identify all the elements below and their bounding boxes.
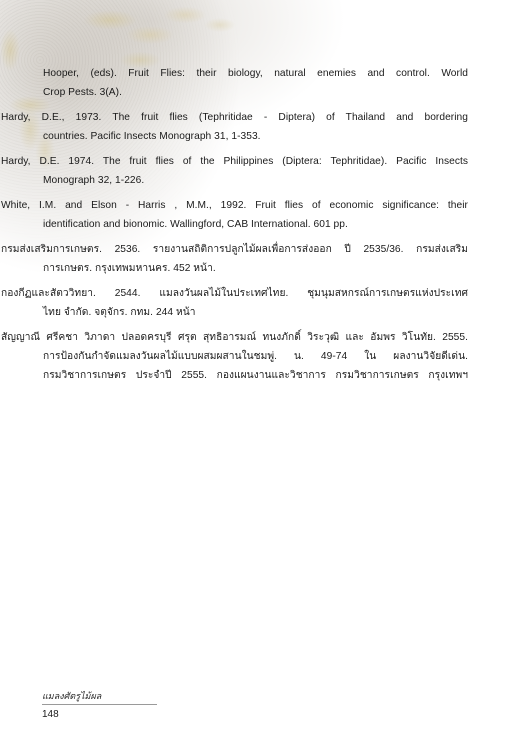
reference-entry-hooper-continued: Hooper, (eds). Fruit Flies: their biolog… bbox=[43, 64, 468, 102]
reference-entry-hardy-1974: Hardy, D.E. 1974. The fruit flies of the… bbox=[43, 152, 468, 190]
reference-line: Hardy, D.E. 1974. The fruit flies of the… bbox=[43, 152, 468, 171]
footer-divider bbox=[42, 704, 157, 705]
reference-line: Monograph 32, 1-226. bbox=[85, 171, 468, 190]
reference-line: สัญญาณี ศรีคชา วิภาดา ปลอดครบุรี ศรุต สุ… bbox=[43, 328, 468, 347]
reference-line: การเกษตร. กรุงเทพมหานคร. 452 หน้า. bbox=[85, 259, 468, 278]
reference-entry-doae-2536: กรมส่งเสริมการเกษตร. 2536. รายงานสถิติกา… bbox=[43, 240, 468, 278]
reference-line: ไทย จำกัด. จตุจักร. กทม. 244 หน้า bbox=[85, 303, 468, 322]
page-number: 148 bbox=[42, 709, 157, 720]
reference-entry-entomology-2544: กองกีฏและสัตววิทยา. 2544. แมลงวันผลไม้ใน… bbox=[43, 284, 468, 322]
running-title: แมลงศัตรูไม้ผล bbox=[42, 690, 157, 704]
reference-line: White, I.M. and Elson - Harris , M.M., 1… bbox=[43, 196, 468, 215]
reference-entry-sanyanee-2555: สัญญาณี ศรีคชา วิภาดา ปลอดครบุรี ศรุต สุ… bbox=[43, 328, 468, 385]
reference-entry-hardy-1973: Hardy, D.E., 1973. The fruit flies (Teph… bbox=[43, 108, 468, 146]
reference-line: Crop Pests. 3(A). bbox=[85, 83, 468, 102]
reference-line: กรมส่งเสริมการเกษตร. 2536. รายงานสถิติกา… bbox=[43, 240, 468, 259]
reference-line: Hooper, (eds). Fruit Flies: their biolog… bbox=[85, 64, 468, 83]
reference-entry-white-1992: White, I.M. and Elson - Harris , M.M., 1… bbox=[43, 196, 468, 234]
reference-line: countries. Pacific Insects Monograph 31,… bbox=[85, 127, 468, 146]
page-footer: แมลงศัตรูไม้ผล 148 bbox=[42, 690, 157, 720]
reference-line: Hardy, D.E., 1973. The fruit flies (Teph… bbox=[43, 108, 468, 127]
reference-line: identification and bionomic. Wallingford… bbox=[85, 215, 468, 234]
reference-list: Hooper, (eds). Fruit Flies: their biolog… bbox=[43, 64, 468, 391]
reference-line: กรมวิชาการเกษตร ประจำปี 2555. กองแผนงานแ… bbox=[85, 366, 468, 385]
reference-line: กองกีฏและสัตววิทยา. 2544. แมลงวันผลไม้ใน… bbox=[43, 284, 468, 303]
reference-line: การป้องกันกำจัดแมลงวันผลไม้แบบผสมผสานในช… bbox=[85, 347, 468, 366]
